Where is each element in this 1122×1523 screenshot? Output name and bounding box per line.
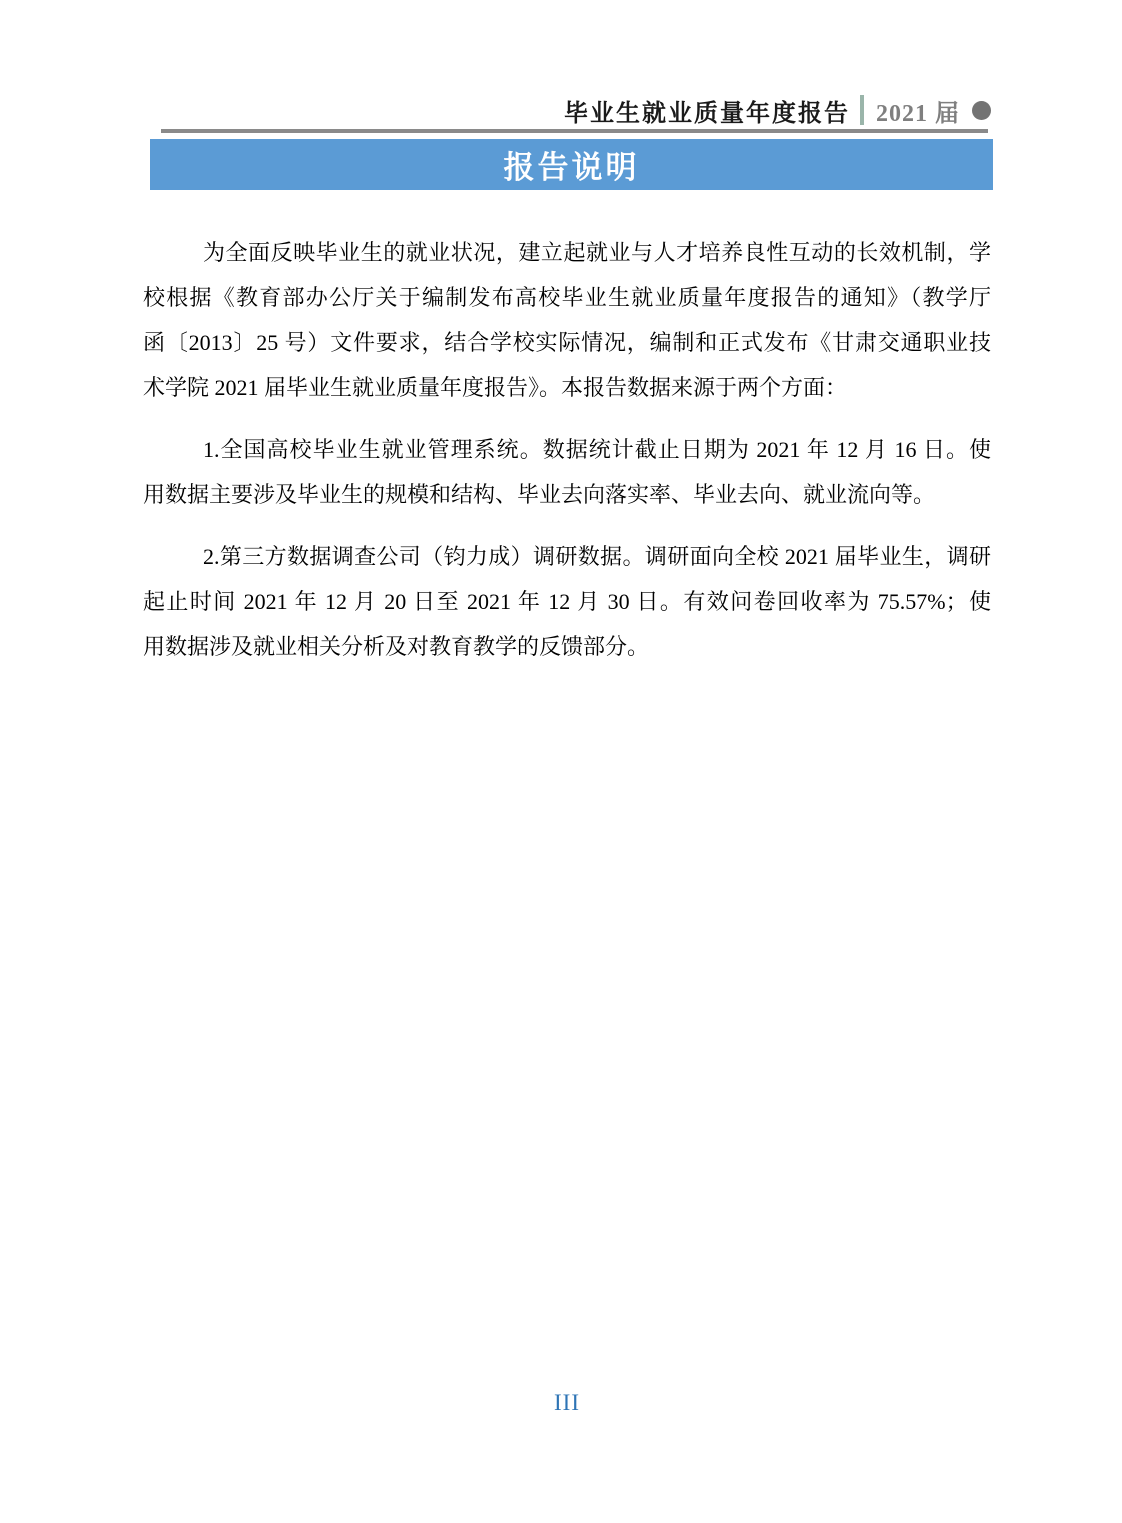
text-line: 起止时间 2021 年 12 月 20 日至 2021 年 12 月 30 日。… (143, 579, 991, 624)
header-circle-icon (972, 101, 991, 120)
body-text: 为全面反映毕业生的就业状况，建立起就业与人才培养良性互动的长效机制，学 校根据《… (143, 230, 991, 686)
paragraph-2: 1.全国高校毕业生就业管理系统。数据统计截止日期为 2021 年 12 月 16… (143, 427, 991, 517)
page-header: 毕业生就业质量年度报告 2021 届 (143, 90, 991, 130)
text-line: 为全面反映毕业生的就业状况，建立起就业与人才培养良性互动的长效机制，学 (143, 230, 991, 275)
section-banner: 报告说明 (150, 139, 993, 190)
header-rule (161, 129, 988, 133)
document-page: 毕业生就业质量年度报告 2021 届 报告说明 为全面反映毕业生的就业状况，建立… (0, 0, 1122, 1523)
text-line: 2.第三方数据调查公司（钧力成）调研数据。调研面向全校 2021 届毕业生，调研 (143, 534, 991, 579)
text-line: 用数据主要涉及毕业生的规模和结构、毕业去向落实率、毕业去向、就业流向等。 (143, 472, 991, 517)
paragraph-1: 为全面反映毕业生的就业状况，建立起就业与人才培养良性互动的长效机制，学 校根据《… (143, 230, 991, 410)
text-line: 术学院 2021 届毕业生就业质量年度报告》。本报告数据来源于两个方面： (143, 365, 991, 410)
header-year-label: 2021 届 (876, 93, 960, 128)
text-line: 校根据《教育部办公厅关于编制发布高校毕业生就业质量年度报告的通知》（教学厅 (143, 275, 991, 320)
paragraph-3: 2.第三方数据调查公司（钧力成）调研数据。调研面向全校 2021 届毕业生，调研… (143, 534, 991, 669)
text-line: 函〔2013〕25 号）文件要求，结合学校实际情况，编制和正式发布《甘肃交通职业… (143, 320, 991, 365)
header-accent-bar (860, 95, 864, 125)
text-line: 用数据涉及就业相关分析及对教育教学的反馈部分。 (143, 624, 991, 669)
page-number: III (143, 1390, 991, 1416)
text-line: 1.全国高校毕业生就业管理系统。数据统计截止日期为 2021 年 12 月 16… (143, 427, 991, 472)
header-title: 毕业生就业质量年度报告 (564, 93, 850, 128)
section-title: 报告说明 (504, 142, 640, 187)
